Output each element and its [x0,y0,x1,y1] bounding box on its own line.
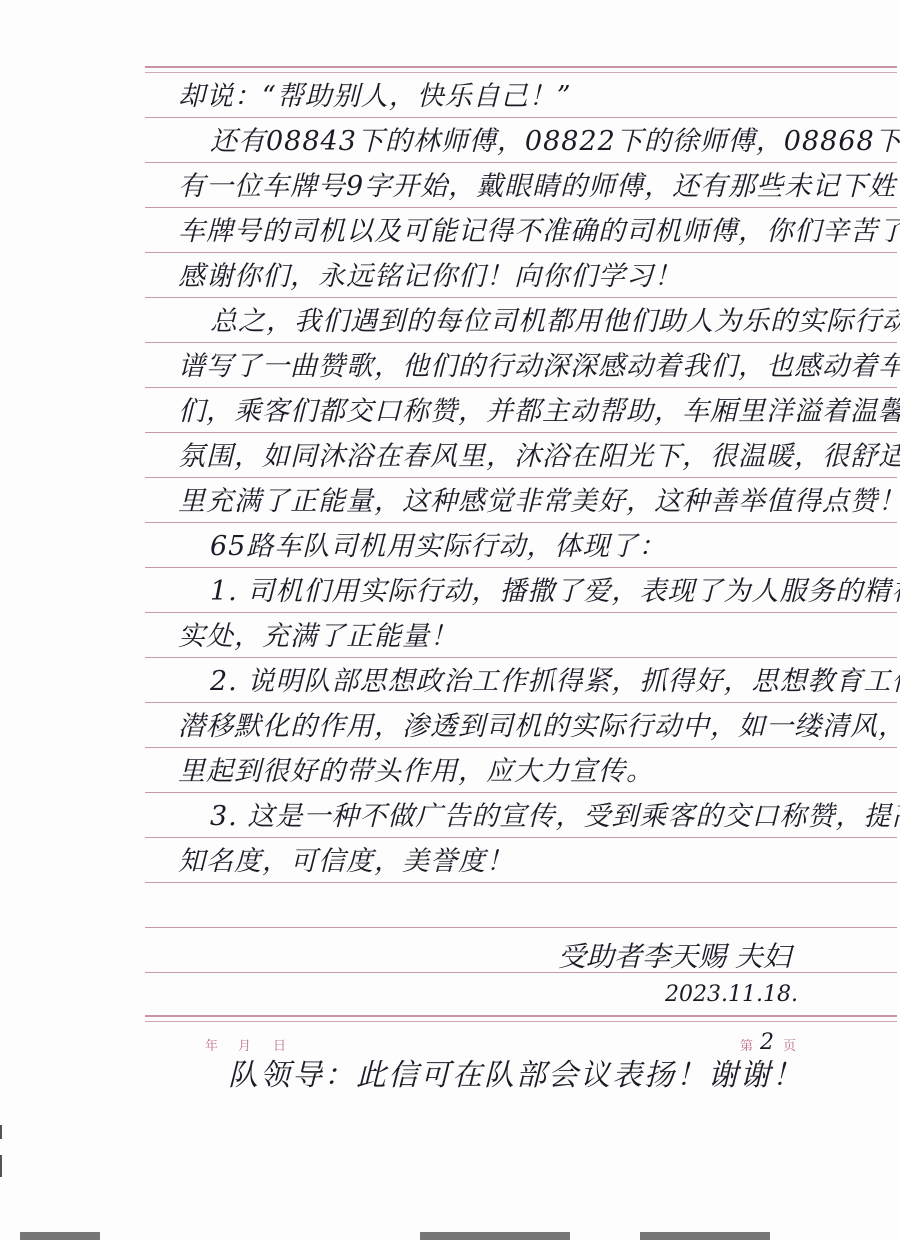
ruled-line [145,927,897,928]
letter-line: 有一位车牌号9字开始，戴眼睛的师傅，还有那些未记下姓氏和 [178,169,868,205]
letter-date: 2023.11.18. [665,982,798,1007]
letter-line: 感谢你们，永远铭记你们！向你们学习！ [178,259,868,295]
ruled-line [145,837,897,838]
top-double-rule [145,66,897,73]
ruled-line [145,747,897,748]
scan-edge-mark [0,1155,2,1177]
letter-line: 1. 司机们用实际行动，播撒了爱，表现了为人服务的精神落到 [210,574,900,610]
ruled-line [145,882,897,883]
ruled-line [145,792,897,793]
ruled-line [145,117,897,118]
scan-edge-mark [0,1125,2,1139]
letter-line: 却说：“帮助别人，快乐自己！” [178,79,868,115]
letter-line: 知名度，可信度，美誉度！ [178,844,868,880]
letter-line: 2. 说明队部思想政治工作抓得紧，抓得好，思想教育工作已起到 [210,664,900,700]
letter-line: 里起到很好的带头作用，应大力宣传。 [178,754,868,790]
letter-line: 里充满了正能量，这种感觉非常美好，这种善举值得点赞！ [178,484,868,520]
handwritten-note: 队领导：此信可在队部会议表扬！谢谢！ [228,1050,804,1094]
letter-line: 65路车队司机用实际行动，体现了： [210,529,900,565]
ruled-line [145,477,897,478]
ruled-line [145,162,897,163]
ruled-line [145,342,897,343]
ruled-line [145,207,897,208]
ruled-line [145,297,897,298]
letter-line: 还有08843下的林师傅，08822下的徐师傅，08868下的师傅，还 [210,124,900,160]
scan-bottom-artifact [20,1232,100,1240]
letter-line: 们，乘客们都交口称赞，并都主动帮助，车厢里洋溢着温馨、和谐的 [178,394,868,430]
ruled-line [145,522,897,523]
scan-bottom-artifact [640,1232,770,1240]
footer-year-label: 年 [205,1035,218,1054]
letter-line: 氛围，如同沐浴在春风里，沐浴在阳光下，很温暖，很舒适，车厢 [178,439,868,475]
scan-bottom-artifact [420,1232,570,1240]
ruled-line [145,432,897,433]
ruled-line [145,252,897,253]
letter-line: 3. 这是一种不做广告的宣传，受到乘客的交口称赞，提高了队部的 [210,799,900,835]
signature: 受助者李天赐 夫妇 [558,935,791,975]
letter-page: 却说：“帮助别人，快乐自己！”还有08843下的林师傅，08822下的徐师傅，0… [0,0,900,1240]
ruled-line [145,702,897,703]
ruled-line [145,567,897,568]
ruled-line [145,387,897,388]
letter-line: 总之，我们遇到的每位司机都用他们助人为乐的实际行动， [210,304,900,340]
letter-line: 车牌号的司机以及可能记得不准确的司机师傅，你们辛苦了， [178,214,868,250]
letter-line: 潜移默化的作用，渗透到司机的实际行动中，如一缕清风，在行业 [178,709,868,745]
bottom-double-rule [145,1015,897,1022]
ruled-line [145,657,897,658]
ruled-line [145,612,897,613]
letter-line: 实处，充满了正能量！ [178,619,868,655]
letter-line: 谱写了一曲赞歌，他们的行动深深感动着我们，也感动着车上的乘客 [178,349,868,385]
